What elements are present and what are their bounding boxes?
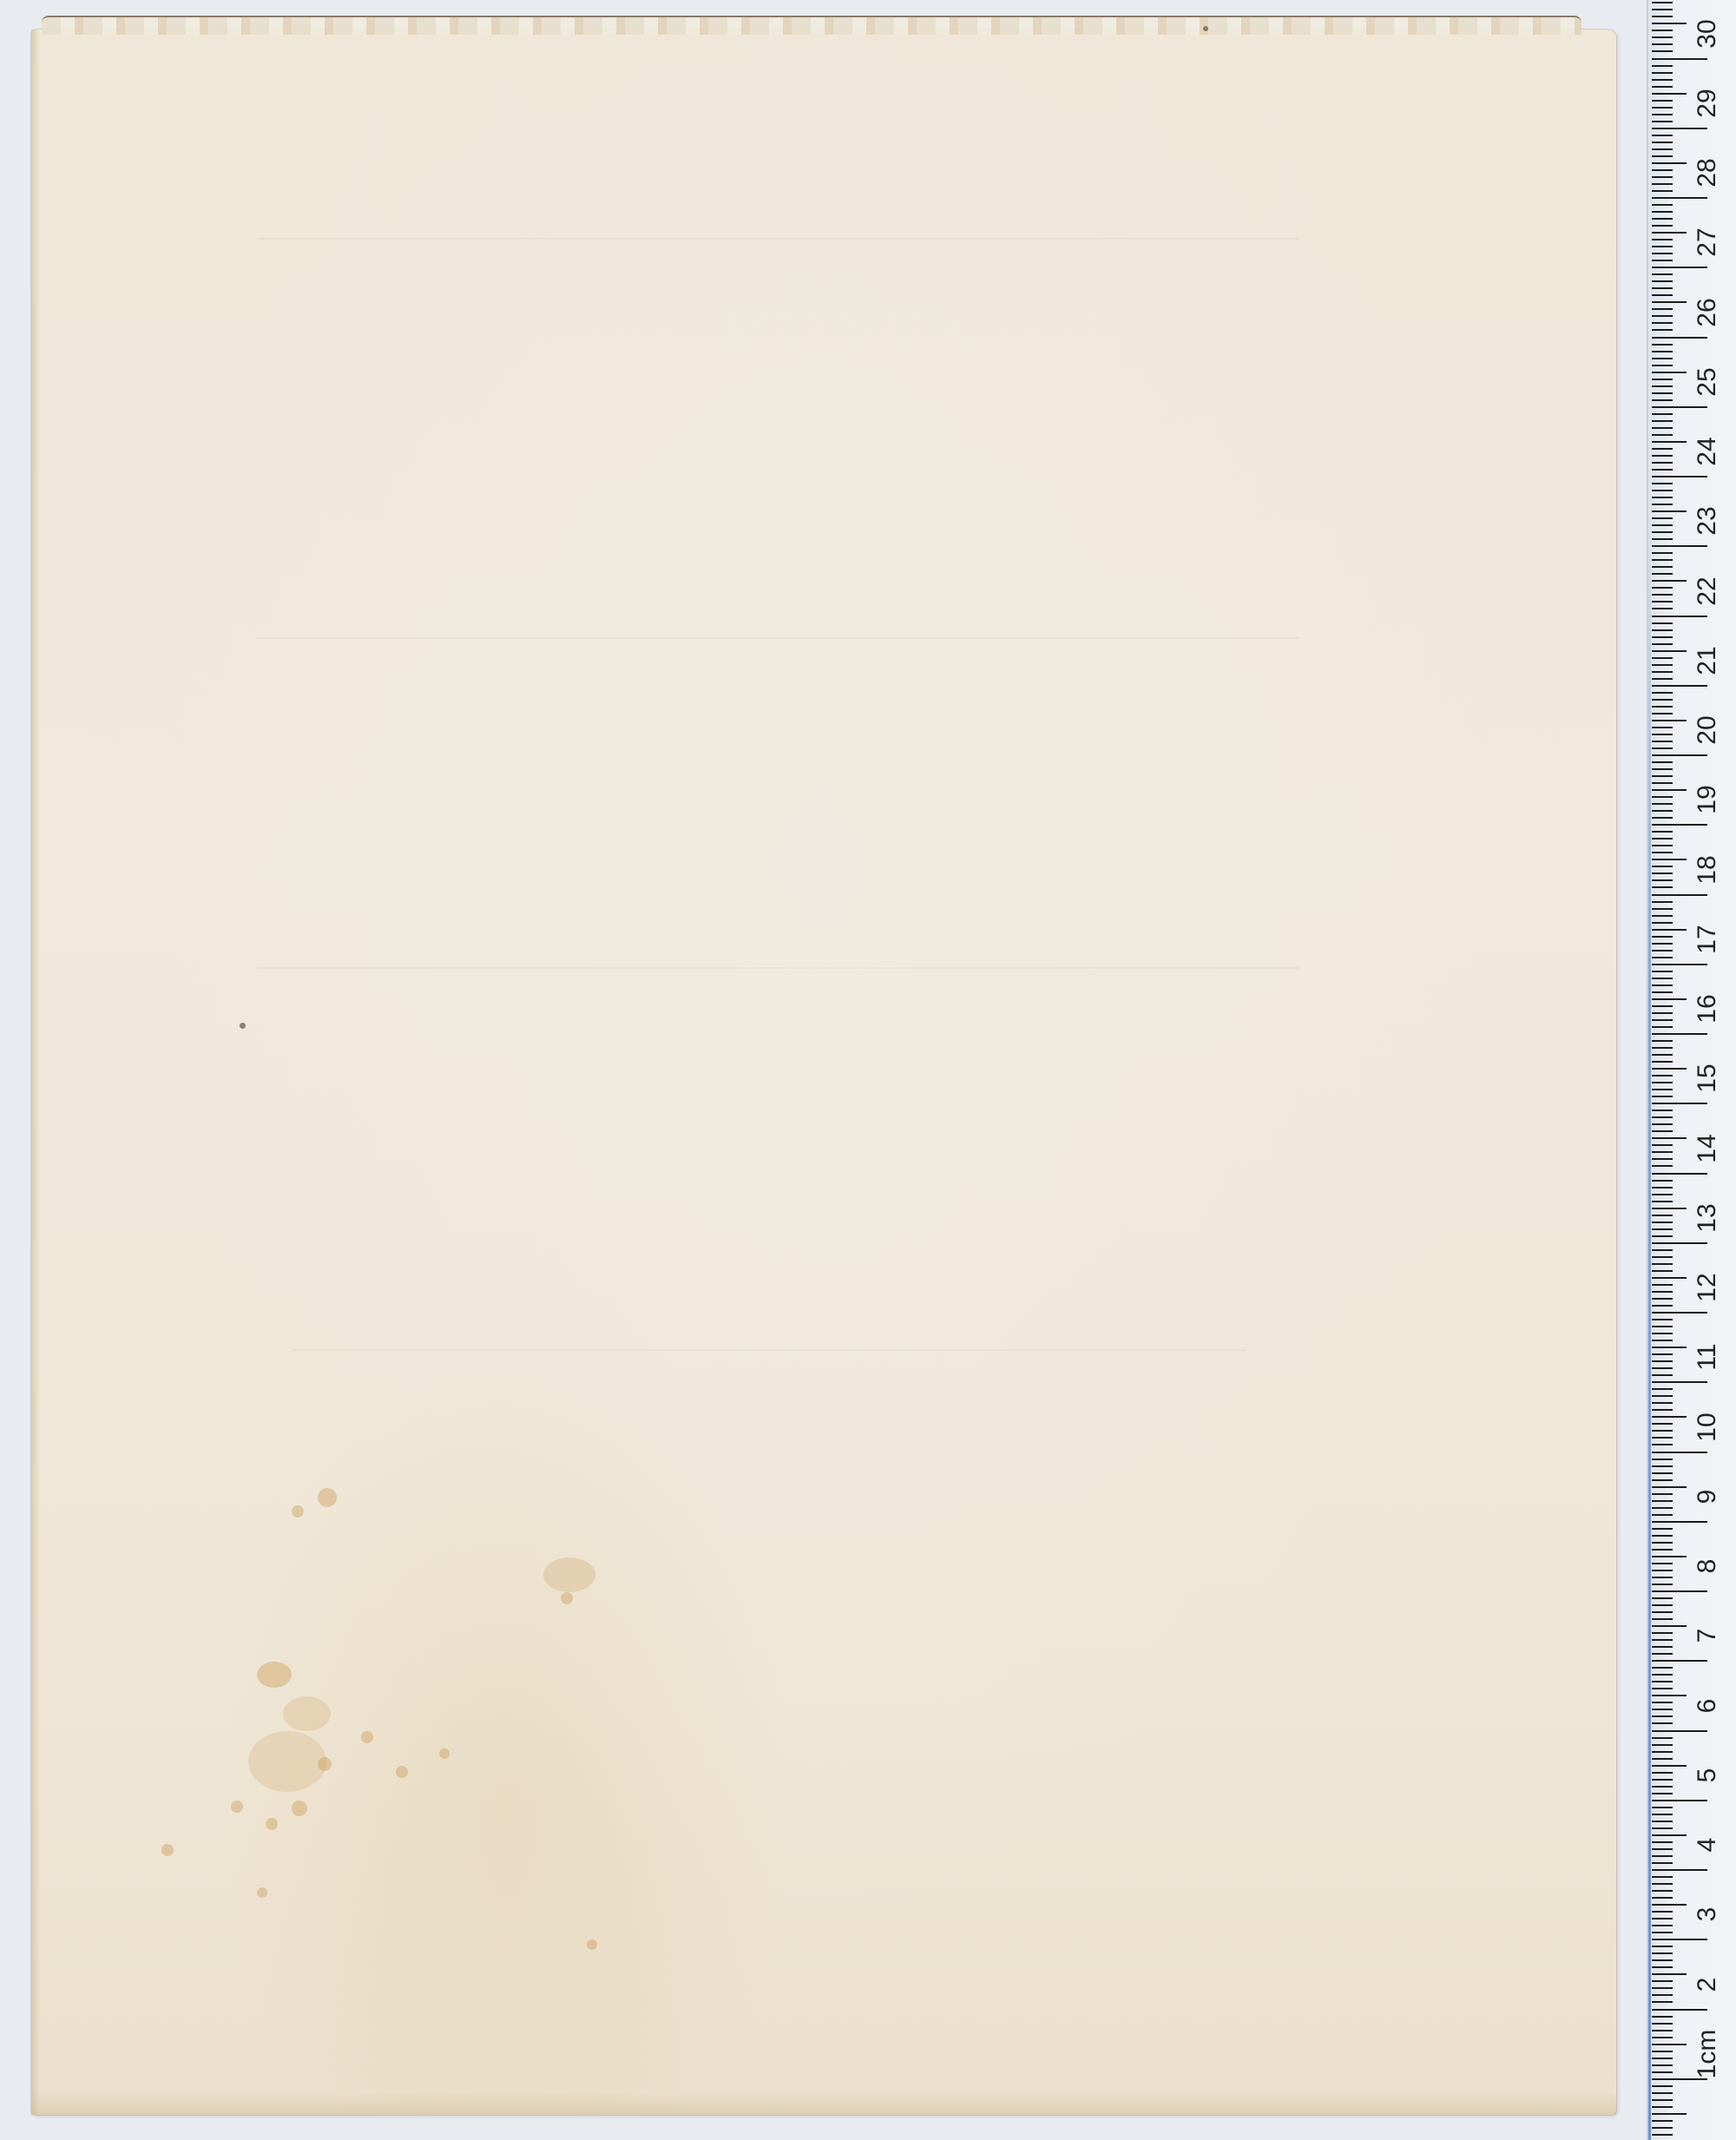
foxing-spot [543,1557,595,1592]
ruler-tick [1652,943,1673,945]
ruler-tick [1652,273,1673,275]
ruler-label: 10 [1693,1401,1721,1453]
ruler-tick [1652,1834,1687,1836]
ruler-tick [1652,1890,1673,1892]
ruler-tick [1652,379,1673,380]
ruler-tick [1652,497,1673,498]
ruler-tick [1652,1542,1673,1544]
ruler-tick [1652,566,1673,568]
foxing-spot [257,1887,267,1898]
ruler-tick [1652,483,1673,484]
ruler-tick [1652,1012,1673,1014]
ruler-tick [1652,2120,1673,2122]
ruler-tick [1652,1305,1673,1307]
ruler-tick [1652,287,1673,289]
paper-bottom-edge [31,2092,1616,2115]
ruler-tick [1652,1535,1673,1537]
ruler-tick [1652,1604,1673,1606]
ruler-tick [1652,2092,1673,2094]
foxing-spot [161,1844,174,1856]
ruler-label: 5 [1693,1749,1721,1801]
ruler-tick [1652,678,1673,680]
ruler-label: 29 [1693,77,1721,129]
ruler-tick [1652,1360,1673,1362]
ruler-tick [1652,1618,1673,1620]
ruler-tick [1652,1493,1673,1495]
ruler-tick [1652,50,1673,52]
ruler-tick [1652,1228,1673,1230]
ruler-tick [1652,169,1673,171]
ruler-tick [1652,93,1687,95]
ruler-tick [1652,260,1673,261]
speck [240,1023,246,1029]
ruler-tick [1652,148,1673,150]
ruler-tick [1652,1925,1673,1926]
ruler-tick [1652,329,1673,331]
ruler-tick [1652,601,1673,602]
ruler-tick [1652,462,1673,464]
ruler-label: 18 [1693,844,1721,896]
ruler-tick [1652,1897,1673,1899]
ruler-tick [1652,2106,1673,2108]
ruler-tick [1652,1876,1673,1878]
ruler-tick [1652,803,1673,805]
ruler-tick [1652,253,1673,254]
ruler-tick [1652,1952,1673,1954]
ruler-tick [1652,510,1687,512]
ruler-tick [1652,531,1673,533]
foxing-spot [292,1801,307,1816]
ruler-tick [1652,72,1673,74]
ruler-tick [1652,789,1687,791]
deckled-top-edge [42,16,1581,35]
ruler-tick [1652,1277,1687,1279]
ruler-label: 3 [1693,1888,1721,1940]
foxing-spot [292,1505,304,1518]
ruler-tick [1652,1973,1687,1975]
ruler-tick [1652,1987,1673,1989]
ruler-tick [1652,1047,1673,1049]
foxing-spot [318,1488,337,1507]
ruler-tick [1652,775,1673,777]
ruler-tick [1652,1137,1687,1139]
ruler-tick [1652,1096,1673,1097]
ruler-tick [1652,434,1673,436]
ruler-tick [1652,455,1673,457]
ruler-label: 19 [1693,774,1721,826]
ruler-tick [1652,2044,1687,2045]
ruler-label: 24 [1693,425,1721,477]
ruler-label: 6 [1693,1680,1721,1732]
ruler-tick [1652,559,1673,561]
ruler-tick [1652,636,1673,638]
ruler-tick [1652,79,1673,81]
ruler-tick [1652,991,1673,993]
ruler-tick [1652,86,1673,88]
ruler-tick [1652,1500,1673,1502]
show-through-line [257,967,1299,969]
foxing-spot [361,1731,373,1743]
ruler-tick [1652,1751,1673,1753]
ruler-tick [1652,1632,1673,1634]
speck [1203,26,1208,31]
ruler-tick [1652,1340,1673,1341]
ruler-tick [1652,1563,1673,1564]
ruler-tick [1652,1123,1673,1125]
ruler-tick [1652,517,1673,519]
ruler-tick [1652,1715,1673,1717]
ruler-tick [1652,538,1673,540]
ruler-tick [1652,344,1673,346]
ruler-tick [1652,2113,1687,2115]
ruler-tick [1652,768,1673,770]
ruler-tick [1652,1423,1673,1425]
ruler-label: 14 [1693,1123,1721,1175]
ruler-tick [1652,1959,1673,1961]
ruler-tick [1652,399,1673,401]
ruler-tick [1652,1075,1673,1077]
ruler-tick [1652,922,1673,924]
ruler-tick [1652,1201,1673,1202]
ruler-label: 7 [1693,1610,1721,1662]
ruler-tick [1652,441,1687,443]
ruler-tick [1652,1395,1673,1397]
ruler-tick [1652,1367,1673,1369]
ruler-tick [1652,838,1673,840]
ruler-tick [1652,239,1673,240]
ruler-tick [1652,936,1673,938]
ruler-tick [1652,886,1673,888]
ruler-tick [1652,142,1673,143]
ruler-tick [1652,594,1673,596]
ruler-tick [1652,915,1673,917]
ruler-tick [1652,1507,1673,1509]
ruler-tick [1652,978,1673,979]
ruler-tick [1652,1758,1673,1760]
ruler-tick [1652,1291,1673,1293]
ruler-tick [1652,971,1673,972]
ruler-tick [1652,1646,1673,1648]
measuring-ruler: 1cm2345678910111213141516171819202122232… [1647,0,1736,2140]
ruler-tick [1652,692,1673,694]
ruler-tick [1652,427,1673,429]
ruler-tick [1652,1528,1673,1530]
ruler-tick [1652,1151,1673,1153]
ruler-label: 23 [1693,495,1721,547]
ruler-label: 30 [1693,8,1721,60]
ruler-tick [1652,1333,1673,1334]
ruler-tick [1652,747,1673,749]
ruler-tick [1652,984,1673,986]
ruler-tick [1652,1019,1673,1021]
ruler-tick [1652,2,1673,3]
ruler-tick [1652,1709,1673,1710]
foxing-spot [283,1696,331,1731]
ruler-tick [1652,1737,1673,1739]
ruler-label: 12 [1693,1261,1721,1314]
ruler-tick [1652,1110,1673,1111]
ruler-tick [1652,1994,1673,1996]
ruler-tick [1652,448,1673,450]
ruler-tick [1652,866,1673,867]
ruler-tick [1652,524,1673,526]
ruler-blue-edge [1648,486,1651,2140]
ruler-label: 8 [1693,1540,1721,1592]
ruler-tick [1652,872,1673,874]
ruler-tick [1652,1082,1673,1083]
ruler-tick [1652,1786,1673,1788]
ruler-tick [1652,1814,1673,1815]
ruler-tick [1652,107,1673,109]
ruler-tick [1652,23,1687,24]
ruler-tick [1652,1194,1673,1195]
ruler-tick [1652,372,1687,373]
ruler-tick [1652,1821,1673,1822]
ruler-tick [1652,358,1673,359]
ruler-tick [1652,1180,1673,1182]
ruler-tick [1652,782,1673,784]
foxing-spot [231,1801,243,1813]
ruler-tick [1652,121,1673,122]
ruler-tick [1652,1215,1673,1216]
foxing-spot [561,1592,573,1604]
ruler-tick [1652,1584,1673,1585]
ruler-tick [1652,608,1673,609]
ruler-tick [1652,365,1673,366]
ruler-tick [1652,162,1687,164]
ruler-tick [1652,504,1673,505]
ruler-tick [1652,845,1673,846]
ruler-tick [1652,650,1687,652]
ruler-label: 28 [1693,147,1721,199]
ruler-tick [1652,1130,1673,1132]
ruler-tick [1652,1270,1673,1272]
ruler-tick [1652,1722,1673,1724]
foxing-spot [587,1939,597,1950]
ruler-tick [1652,1409,1673,1411]
ruler-tick [1652,1061,1673,1063]
ruler-tick [1652,1284,1673,1286]
ruler-tick [1652,713,1673,714]
ruler-tick [1652,420,1673,422]
ruler-tick [1652,190,1673,192]
ruler-tick [1652,699,1673,701]
ruler-tick [1652,135,1673,136]
ruler-tick [1652,1144,1673,1146]
ruler-tick [1652,232,1687,234]
ruler-tick [1652,1402,1673,1404]
ruler-tick [1652,308,1673,310]
ruler-tick [1652,1116,1673,1118]
ruler-tick [1652,2001,1673,2003]
ruler-tick [1652,1263,1673,1265]
ruler-tick [1652,1653,1673,1655]
ruler-tick [1652,1158,1673,1160]
ruler-tick [1652,1165,1673,1167]
ruler-tick [1652,1980,1673,1982]
ruler-tick [1652,1966,1673,1968]
ruler-tick [1652,65,1673,67]
ruler-tick [1652,2127,1673,2129]
ruler-tick [1652,1848,1673,1850]
paper-sheet [31,30,1616,2115]
ruler-tick [1652,929,1687,931]
ruler-tick [1652,957,1673,958]
ruler-tick [1652,664,1673,666]
ruler-tick [1652,16,1673,17]
ruler-tick [1652,1256,1673,1258]
ruler-tick [1652,176,1673,178]
ruler-tick [1652,1054,1673,1056]
ruler-tick [1652,315,1673,317]
ruler-tick [1652,1904,1687,1906]
ruler-tick [1652,1765,1687,1767]
ruler-tick [1652,1221,1673,1223]
ruler-tick [1652,246,1673,247]
ruler-tick [1652,998,1687,1000]
ruler-tick [1652,1437,1673,1439]
ruler-tick [1652,1946,1673,1947]
ruler-tick [1652,204,1673,206]
ruler-tick [1652,587,1673,589]
ruler-tick [1652,1374,1673,1376]
ruler-label: 13 [1693,1192,1721,1244]
ruler-tick [1652,1918,1673,1919]
ruler-tick [1652,671,1673,673]
ruler-tick [1652,9,1673,10]
ruler-tick [1652,1068,1687,1070]
ruler-tick [1652,211,1673,213]
ruler-tick [1652,1695,1687,1696]
ruler-tick [1652,706,1673,708]
ruler-tick [1652,1932,1673,1933]
ruler-tick [1652,1862,1673,1864]
ruler-tick [1652,859,1687,860]
ruler-tick [1652,1779,1673,1781]
ruler-tick [1652,1472,1673,1474]
ruler-tick [1652,734,1673,735]
ruler-tick [1652,817,1673,819]
ruler-tick [1652,1187,1673,1189]
ruler-tick [1652,1625,1687,1627]
ruler-tick [1652,2023,1673,2025]
ruler-tick [1652,950,1673,951]
ruler-tick [1652,1458,1673,1460]
ruler-tick [1652,1556,1687,1557]
ruler-tick [1652,2051,1673,2052]
ruler-tick [1652,183,1673,185]
ruler-tick [1652,1486,1687,1488]
ruler-tick [1652,643,1673,645]
ruler-tick [1652,155,1673,157]
ruler-label: 9 [1693,1471,1721,1523]
ruler-label: 15 [1693,1052,1721,1104]
ruler-label: 21 [1693,635,1721,687]
ruler-tick [1652,901,1673,903]
ruler-tick [1652,392,1673,394]
ruler-tick [1652,36,1673,38]
ruler-tick [1652,879,1673,881]
ruler-tick [1652,1702,1673,1703]
ruler-tick [1652,1465,1673,1467]
ruler-tick [1652,469,1673,471]
ruler-tick [1652,2058,1673,2059]
ruler-tick [1652,1667,1673,1669]
ruler-tick [1652,100,1673,102]
ruler-tick [1652,1298,1673,1300]
foxing-spot [248,1731,326,1792]
ruler-tick [1652,1326,1673,1327]
ruler-tick [1652,280,1673,282]
ruler-tick [1652,1319,1673,1320]
ruler-tick [1652,2099,1673,2101]
ruler-tick [1652,1249,1673,1251]
ruler-label: 2 [1693,1959,1721,2011]
ruler-tick [1652,1005,1673,1007]
ruler-tick [1652,114,1673,115]
ruler-tick [1652,1444,1673,1445]
ruler-tick [1652,1855,1673,1857]
ruler-tick [1652,1026,1673,1028]
ruler-tick [1652,490,1673,491]
ruler-label: 17 [1693,913,1721,965]
ruler-tick [1652,727,1673,728]
ruler-tick [1652,1688,1673,1689]
ruler-tick [1652,301,1687,303]
foxing-spot [257,1662,292,1688]
ruler-tick [1652,351,1673,352]
ruler-label: 1cm [1693,2028,1721,2080]
ruler-tick [1652,1577,1673,1578]
ruler-tick [1652,629,1673,631]
ruler-tick [1652,1570,1673,1571]
ruler-tick [1652,218,1673,220]
ruler-tick [1652,720,1687,721]
ruler-tick [1652,657,1673,659]
ruler-tick [1652,1841,1673,1843]
ruler-tick [1652,810,1673,812]
ruler-tick [1652,2085,1673,2087]
ruler-label: 26 [1693,286,1721,339]
ruler-tick [1652,322,1673,324]
ruler-tick [1652,294,1673,296]
ruler-tick [1652,1793,1673,1794]
ruler-label: 25 [1693,356,1721,408]
ruler-tick [1652,622,1673,624]
ruler-tick [1652,1514,1673,1516]
ruler-tick [1652,1597,1673,1599]
ruler-tick [1652,2016,1673,2018]
ruler-tick [1652,761,1673,763]
ruler-tick [1652,413,1673,415]
ruler-tick [1652,573,1673,575]
ruler-label: 11 [1693,1331,1721,1383]
ruler-tick [1652,1388,1673,1390]
ruler-tick [1652,1827,1673,1829]
ruler-tick [1652,2030,1673,2031]
ruler-tick [1652,796,1673,798]
ruler-tick [1652,1639,1673,1641]
ruler-tick [1652,852,1673,853]
ruler-label: 20 [1693,704,1721,756]
ruler-tick [1652,1674,1673,1676]
ruler-tick [1652,1807,1673,1808]
ruler-tick [1652,1681,1673,1682]
ruler-tick [1652,580,1687,582]
ruler-tick [1652,2134,1673,2136]
ruler-tick [1652,1479,1673,1481]
ruler-tick [1652,831,1673,833]
